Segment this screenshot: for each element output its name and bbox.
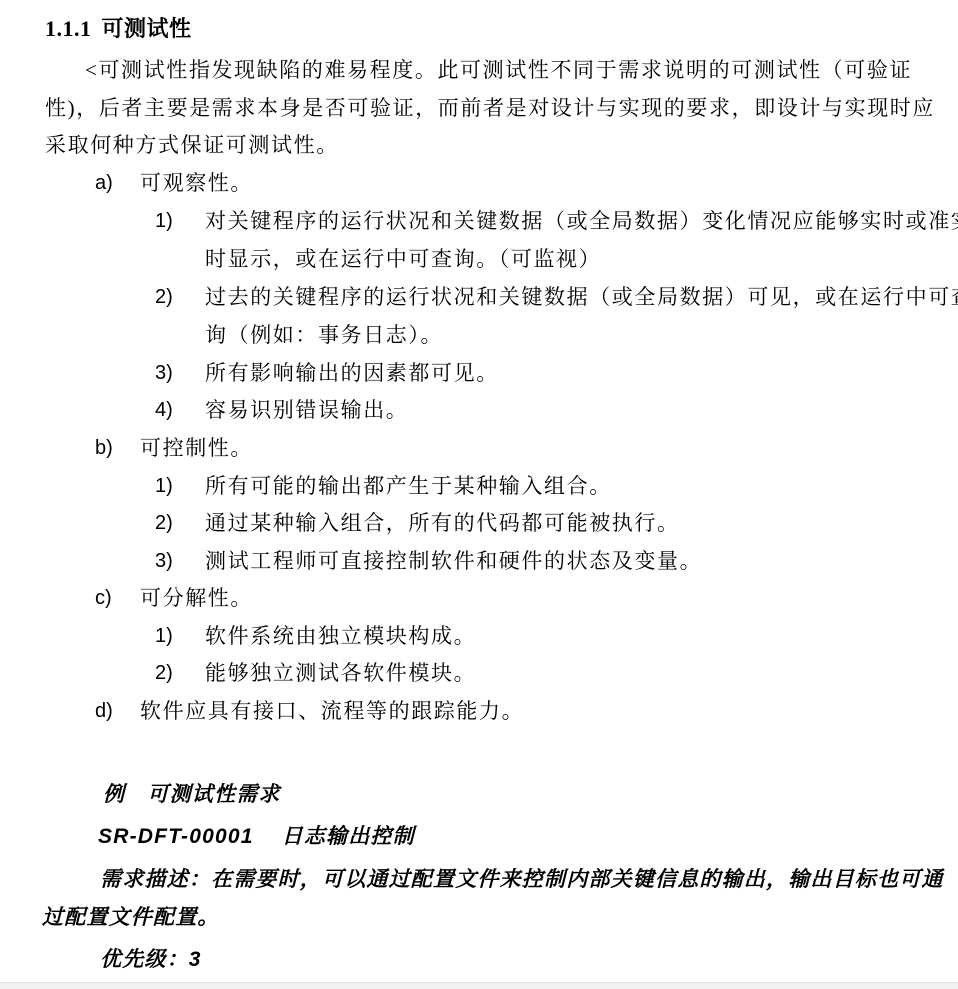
section-heading: 1.1.1可测试性	[45, 12, 192, 43]
sublist-item-a3-line: 所有影响输出的因素都可见。	[205, 360, 499, 387]
sublist-item-a1-line: 时显示，或在运行中可查询。（可监视）	[205, 246, 601, 273]
list-item-d-title: 软件应具有接口、流程等的跟踪能力。	[140, 698, 524, 725]
sublist-item-b2-line: 通过某种输入组合，所有的代码都可能被执行。	[205, 510, 680, 537]
sublist-marker-b1: 1)	[155, 473, 173, 500]
intro-paragraph-line: <可测试性指发现缺陷的难易程度。此可测试性不同于需求说明的可测试性（可验证	[85, 57, 912, 84]
sublist-item-c2-line: 能够独立测试各软件模块。	[205, 660, 476, 687]
sublist-item-c1-line: 软件系统由独立模块构成。	[205, 623, 476, 650]
sublist-marker-a1: 1)	[155, 208, 173, 235]
intro-paragraph-line: 性)，后者主要是需求本身是否可验证，而前者是对设计与实现的要求，即设计与实现时应	[45, 95, 935, 122]
sublist-item-b1-line: 所有可能的输出都产生于某种输入组合。	[205, 473, 612, 500]
requirement-id: SR-DFT-00001	[98, 825, 254, 848]
requirement-description-line: 过配置文件配置。	[42, 904, 220, 931]
list-item-a-title: 可观察性。	[140, 170, 253, 197]
section-number: 1.1.1	[45, 16, 92, 41]
example-caption: 例 可测试性需求	[103, 781, 281, 808]
list-item-b-title: 可控制性。	[140, 435, 253, 462]
list-marker-b: b)	[95, 435, 113, 462]
list-marker-d: d)	[95, 698, 113, 725]
requirement-description-line: 需求描述：在需要时，可以通过配置文件来控制内部关键信息的输出，输出目标也可通	[100, 866, 944, 893]
sublist-item-a2-line: 询（例如：事务日志）。	[205, 322, 443, 349]
document-page: 1.1.1可测试性 <可测试性指发现缺陷的难易程度。此可测试性不同于需求说明的可…	[0, 0, 958, 989]
example-requirement-id-line: SR-DFT-00001日志输出控制	[98, 823, 415, 850]
list-marker-c: c)	[95, 585, 112, 612]
section-title: 可测试性	[102, 16, 192, 41]
requirement-priority: 优先级：3	[100, 946, 202, 973]
requirement-title: 日志输出控制	[282, 825, 415, 848]
sublist-marker-a3: 3)	[155, 360, 173, 387]
sublist-item-a4-line: 容易识别错误输出。	[205, 397, 408, 424]
sublist-marker-b2: 2)	[155, 510, 173, 537]
list-item-c-title: 可分解性。	[140, 585, 253, 612]
sublist-marker-b3: 3)	[155, 548, 173, 575]
page-bottom-edge	[0, 982, 958, 989]
sublist-item-a1-line: 对关键程序的运行状况和关键数据（或全局数据）变化情况应能够实时或准实	[205, 208, 958, 235]
sublist-item-a2-line: 过去的关键程序的运行状况和关键数据（或全局数据）可见，或在运行中可查	[205, 284, 958, 311]
sublist-marker-c2: 2)	[155, 660, 173, 687]
sublist-item-b3-line: 测试工程师可直接控制软件和硬件的状态及变量。	[205, 548, 702, 575]
intro-paragraph-line: 采取何种方式保证可测试性。	[45, 132, 339, 159]
sublist-marker-a2: 2)	[155, 284, 173, 311]
sublist-marker-a4: 4)	[155, 397, 173, 424]
list-marker-a: a)	[95, 170, 113, 197]
sublist-marker-c1: 1)	[155, 623, 173, 650]
